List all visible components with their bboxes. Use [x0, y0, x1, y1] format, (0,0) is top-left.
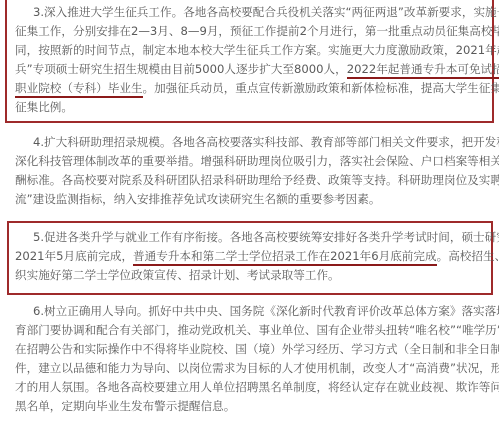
text-line: 酬标准。各高校要对院系及科研团队招录科研助理给予经费、政策等支持。科研助理岗位及… — [15, 171, 485, 190]
text-line: 3.深入推进大学生征兵工作。各地各高校要配合兵役机关落实“两征两退”改革新要求，… — [15, 3, 485, 22]
text-line: 同，按照新的时间节点，制定本地本校大学生征兵工作方案。实施更大力度激励政策，20… — [15, 41, 485, 60]
text-line: 织实施好第二学士学位政策宣传、招录计划、考试录取等工作。 — [15, 266, 485, 285]
text-segment: 。高校招生、教务部门要共同组 — [437, 249, 499, 263]
text-line: 职业院校（专科）毕业生。加强征兵动员，重点宣传新激励政策和新体检标准，提高大学生… — [15, 79, 485, 98]
text-line: 件，建立以品德和能力为导向、以岗位需求为目标的人才使用机制，改变人才“高消费”状… — [15, 359, 485, 378]
text-segment: 同，按照新的时间节点，制定本地本校大学生征兵工作方案。实施更大力度激励政策，20… — [15, 43, 499, 57]
document-page: 3.深入推进大学生征兵工作。各地各高校要配合兵役机关落实“两征两退”改革新要求，… — [0, 0, 499, 435]
text-segment: 5.促进各类升学与就业工作有序衔接。各地各高校要统筹安排好各类升学考试时间，硕士… — [33, 230, 499, 244]
text-segment: 织实施好第二学士学位政策宣传、招录计划、考试录取等工作。 — [15, 268, 340, 282]
text-segment: 征集比例。 — [15, 100, 73, 114]
text-line: 征集工作，分别安排在2—3月、8—9月，预征工作提前2个月进行，第一批重点动员征… — [15, 22, 485, 41]
underlined-highlight: 2022年起普通专升本可免试招录退役的普通高等 — [347, 62, 499, 79]
underlined-highlight: 普通专升本和第二学士学位招录工作在2021年6月底前完成 — [133, 249, 437, 266]
text-line: 黑名单，定期向毕业生发布警示提醒信息。 — [15, 397, 485, 416]
text-segment: 2021年5月底前完成， — [15, 249, 133, 263]
text-line: 在招聘公告和实际操作中不得将毕业院校、国（境）外学习经历、学习方式（全日制和非全… — [15, 340, 485, 359]
underlined-highlight: 职业院校（专科）毕业生 — [15, 81, 143, 98]
text-line: 5.促进各类升学与就业工作有序衔接。各地各高校要统筹安排好各类升学考试时间，硕士… — [15, 228, 485, 247]
text-line: 征集比例。 — [15, 98, 485, 117]
paragraph-item-6: 6.树立正确用人导向。抓好中共中央、国务院《深化新时代教育评价改革总体方案》落实… — [15, 302, 485, 416]
paragraph-item-4: 4.扩大科研助理招录规模。各地各高校要落实科技部、教育部等部门相关文件要求，把开… — [15, 133, 485, 209]
text-segment: 3.深入推进大学生征兵工作。各地各高校要配合兵役机关落实“两征两退”改革新要求，… — [33, 5, 499, 19]
text-line: 育部门要协调和配合有关部门，推动党政机关、事业单位、国有企业带头扭转“唯名校”“… — [15, 321, 485, 340]
text-line: 才的用人氛围。各地各高校要建立用人单位招聘黑名单制度，将经认定存在就业歧视、欺诈… — [15, 378, 485, 397]
text-line: 6.树立正确用人导向。抓好中共中央、国务院《深化新时代教育评价改革总体方案》落实… — [15, 302, 485, 321]
text-segment: 兵”专项硕士研究生招生规模由目前5000人逐步扩大至8000人， — [15, 62, 347, 76]
text-segment: 征集工作，分别安排在2—3月、8—9月，预征工作提前2个月进行，第一批重点动员征… — [15, 24, 499, 38]
text-line: 2021年5月底前完成，普通专升本和第二学士学位招录工作在2021年6月底前完成… — [15, 247, 485, 266]
text-line: 流”建设监测指标，纳入安排推荐免试攻读研究生名额的重要参考因素。 — [15, 190, 485, 209]
text-line: 兵”专项硕士研究生招生规模由目前5000人逐步扩大至8000人，2022年起普通… — [15, 60, 485, 79]
paragraph-item-3: 3.深入推进大学生征兵工作。各地各高校要配合兵役机关落实“两征两退”改革新要求，… — [15, 3, 485, 117]
text-line: 深化科技管理体制改革的重要举措。增强科研助理岗位吸引力，落实社会保险、户口档案等… — [15, 152, 485, 171]
text-segment: 。加强征兵动员，重点宣传新激励政策和新体检标准，提高大学生征集规模特别是毕业生 — [143, 81, 499, 95]
text-line: 4.扩大科研助理招录规模。各地各高校要落实科技部、教育部等部门相关文件要求，把开… — [15, 133, 485, 152]
paragraph-item-5: 5.促进各类升学与就业工作有序衔接。各地各高校要统筹安排好各类升学考试时间，硕士… — [15, 228, 485, 285]
